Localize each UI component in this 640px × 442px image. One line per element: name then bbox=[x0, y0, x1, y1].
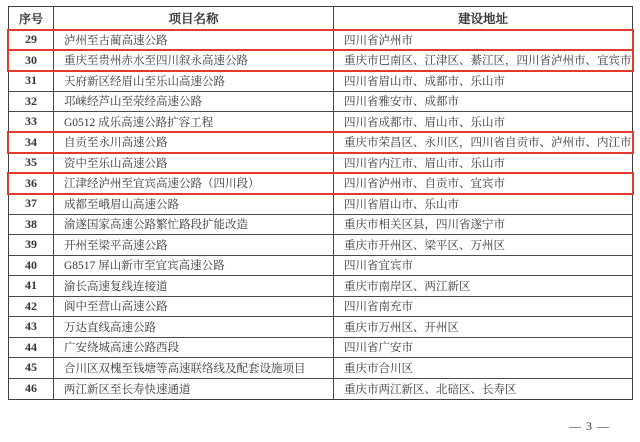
row-serial-number: 37 bbox=[9, 194, 54, 214]
table-row: 39开州至梁平高速公路重庆市开州区、梁平区、万州区 bbox=[9, 235, 632, 256]
row-construction-address: 四川省眉山市、乐山市 bbox=[334, 194, 632, 214]
header-construction-address: 建设地址 bbox=[334, 7, 632, 29]
row-project-name: 成都至峨眉山高速公路 bbox=[54, 194, 334, 214]
row-project-name: 泸州至古蔺高速公路 bbox=[54, 30, 334, 50]
table-row: 32邛崃经芦山至荥经高速公路四川省雅安市、成都市 bbox=[9, 92, 632, 113]
row-construction-address: 重庆市合川区 bbox=[334, 358, 632, 378]
row-serial-number: 45 bbox=[9, 358, 54, 378]
row-construction-address: 重庆市南岸区、两江新区 bbox=[334, 276, 632, 296]
row-project-name: 两江新区至长寿快速通道 bbox=[54, 379, 334, 400]
row-serial-number: 38 bbox=[9, 215, 54, 235]
table-row-highlighted: 36江津经泸州至宜宾高速公路（四川段）四川省泸州市、自贡市、宜宾市 bbox=[9, 174, 632, 195]
row-serial-number: 44 bbox=[9, 338, 54, 358]
row-construction-address: 四川省广安市 bbox=[334, 338, 632, 358]
row-project-name: 万达直线高速公路 bbox=[54, 317, 334, 337]
row-project-name: 天府新区经眉山至乐山高速公路 bbox=[54, 71, 334, 91]
row-project-name: 江津经泸州至宜宾高速公路（四川段） bbox=[54, 174, 334, 194]
row-construction-address: 四川省内江市、眉山市、乐山市 bbox=[334, 153, 632, 173]
row-serial-number: 46 bbox=[9, 379, 54, 400]
table-row-highlighted: 29泸州至古蔺高速公路四川省泸州市 bbox=[9, 30, 632, 51]
row-project-name: 阆中至营山高速公路 bbox=[54, 297, 334, 317]
row-construction-address: 四川省宜宾市 bbox=[334, 256, 632, 276]
row-construction-address: 四川省成都市、眉山市、乐山市 bbox=[334, 112, 632, 132]
row-construction-address: 四川省南充市 bbox=[334, 297, 632, 317]
header-project-name: 项目名称 bbox=[54, 7, 334, 29]
projects-table: 序号 项目名称 建设地址 29泸州至古蔺高速公路四川省泸州市30重庆至贵州赤水至… bbox=[8, 6, 633, 400]
row-project-name: 渝遂国家高速公路繁忙路段扩能改造 bbox=[54, 215, 334, 235]
row-serial-number: 40 bbox=[9, 256, 54, 276]
table-row: 45合川区双槐至钱塘等高速联络线及配套设施项目重庆市合川区 bbox=[9, 358, 632, 379]
table-body: 29泸州至古蔺高速公路四川省泸州市30重庆至贵州赤水至四川叙永高速公路重庆市巴南… bbox=[9, 30, 632, 399]
row-construction-address: 重庆市两江新区、北碚区、长寿区 bbox=[334, 379, 632, 400]
table-row: 44广安绕城高速公路西段四川省广安市 bbox=[9, 338, 632, 359]
row-serial-number: 34 bbox=[9, 133, 54, 153]
table-row: 46两江新区至长寿快速通道重庆市两江新区、北碚区、长寿区 bbox=[9, 379, 632, 400]
row-serial-number: 39 bbox=[9, 235, 54, 255]
table-row: 33G0512 成乐高速公路扩容工程四川省成都市、眉山市、乐山市 bbox=[9, 112, 632, 133]
table-row: 42阆中至营山高速公路四川省南充市 bbox=[9, 297, 632, 318]
row-project-name: 合川区双槐至钱塘等高速联络线及配套设施项目 bbox=[54, 358, 334, 378]
row-construction-address: 重庆市万州区、开州区 bbox=[334, 317, 632, 337]
table-row: 40G8517 屏山新市至宜宾高速公路四川省宜宾市 bbox=[9, 256, 632, 277]
table-header-row: 序号 项目名称 建设地址 bbox=[9, 7, 632, 30]
table-row: 43万达直线高速公路重庆市万州区、开州区 bbox=[9, 317, 632, 338]
row-serial-number: 33 bbox=[9, 112, 54, 132]
table-row: 37成都至峨眉山高速公路四川省眉山市、乐山市 bbox=[9, 194, 632, 215]
row-serial-number: 43 bbox=[9, 317, 54, 337]
row-construction-address: 四川省泸州市、自贡市、宜宾市 bbox=[334, 174, 632, 194]
row-construction-address: 四川省雅安市、成都市 bbox=[334, 92, 632, 112]
row-project-name: G0512 成乐高速公路扩容工程 bbox=[54, 112, 334, 132]
row-construction-address: 重庆市相关区县，四川省遂宁市 bbox=[334, 215, 632, 235]
header-serial-number: 序号 bbox=[9, 7, 54, 29]
header-construction-address-label: 建设地址 bbox=[458, 9, 508, 27]
row-serial-number: 41 bbox=[9, 276, 54, 296]
row-construction-address: 重庆市开州区、梁平区、万州区 bbox=[334, 235, 632, 255]
row-serial-number: 31 bbox=[9, 71, 54, 91]
row-construction-address: 四川省眉山市、成都市、乐山市 bbox=[334, 71, 632, 91]
row-project-name: 重庆至贵州赤水至四川叙永高速公路 bbox=[54, 51, 334, 71]
table-row: 41渝长高速复线连接道重庆市南岸区、两江新区 bbox=[9, 276, 632, 297]
table-row: 31天府新区经眉山至乐山高速公路四川省眉山市、成都市、乐山市 bbox=[9, 71, 632, 92]
row-project-name: 开州至梁平高速公路 bbox=[54, 235, 334, 255]
row-construction-address: 重庆市荣昌区、永川区，四川省自贡市、泸州市、内江市 bbox=[334, 133, 632, 153]
row-serial-number: 29 bbox=[9, 30, 54, 50]
table-row-highlighted: 34自贡至永川高速公路重庆市荣昌区、永川区，四川省自贡市、泸州市、内江市 bbox=[9, 133, 632, 154]
row-project-name: G8517 屏山新市至宜宾高速公路 bbox=[54, 256, 334, 276]
table-row: 38渝遂国家高速公路繁忙路段扩能改造重庆市相关区县，四川省遂宁市 bbox=[9, 215, 632, 236]
row-project-name: 渝长高速复线连接道 bbox=[54, 276, 334, 296]
row-construction-address: 四川省泸州市 bbox=[334, 30, 632, 50]
table-row: 35资中至乐山高速公路四川省内江市、眉山市、乐山市 bbox=[9, 153, 632, 174]
header-project-name-label: 项目名称 bbox=[168, 9, 218, 27]
row-project-name: 邛崃经芦山至荥经高速公路 bbox=[54, 92, 334, 112]
row-serial-number: 42 bbox=[9, 297, 54, 317]
header-serial-number-label: 序号 bbox=[19, 10, 43, 27]
row-serial-number: 32 bbox=[9, 92, 54, 112]
row-project-name: 自贡至永川高速公路 bbox=[54, 133, 334, 153]
table-row-highlighted: 30重庆至贵州赤水至四川叙永高速公路重庆市巴南区、江津区、綦江区，四川省泸州市、… bbox=[9, 51, 632, 72]
row-serial-number: 35 bbox=[9, 153, 54, 173]
row-project-name: 资中至乐山高速公路 bbox=[54, 153, 334, 173]
page-number: — 3 — bbox=[569, 419, 610, 434]
row-serial-number: 30 bbox=[9, 51, 54, 71]
row-serial-number: 36 bbox=[9, 174, 54, 194]
row-construction-address: 重庆市巴南区、江津区、綦江区，四川省泸州市、宜宾市 bbox=[334, 51, 632, 71]
row-project-name: 广安绕城高速公路西段 bbox=[54, 338, 334, 358]
